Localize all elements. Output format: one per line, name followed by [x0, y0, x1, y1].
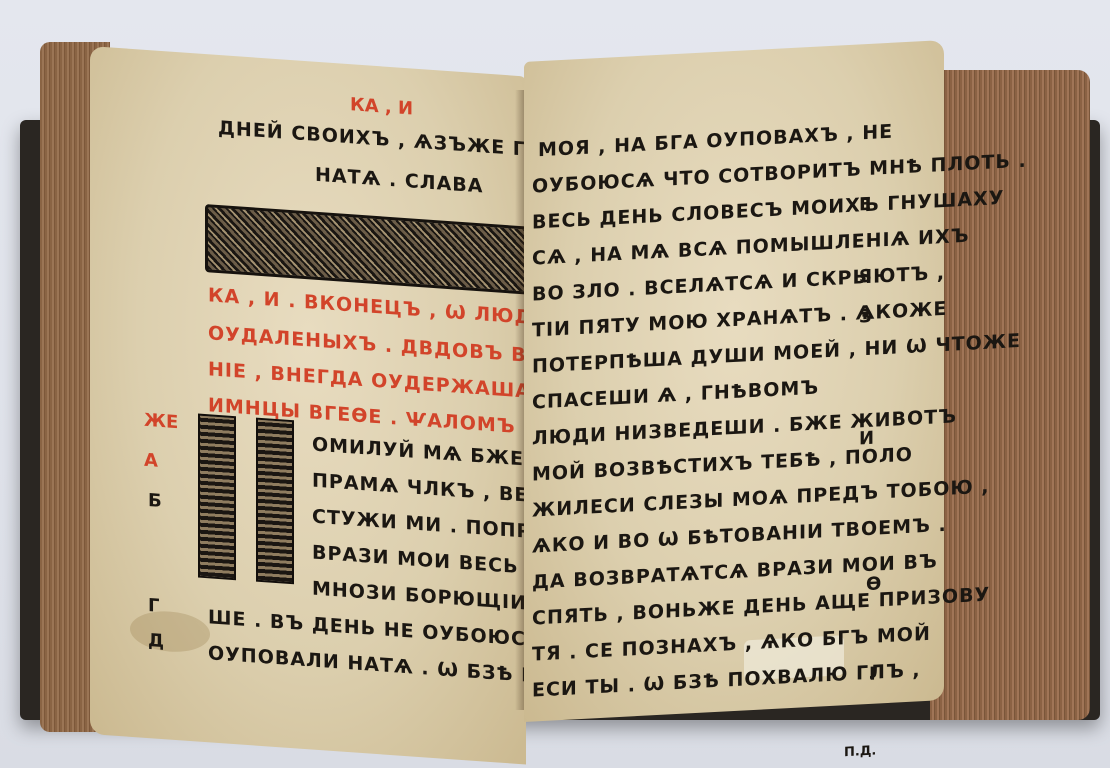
ornamental-headpiece [205, 204, 531, 295]
margin-note: Б [148, 490, 162, 512]
text-line: ЕСИ ТЫ . Ѡ БЗѢ ПОХВАЛЮ ГЛЪ , [532, 659, 921, 701]
margin-note: ЖЕ [144, 410, 178, 433]
text-line: ЛЮДИ НИЗВЕДЕШИ . БЖЕ ЖИВОТЪ [532, 405, 957, 449]
margin-note: Ѳ [866, 573, 881, 595]
paper-stain [130, 609, 210, 655]
page-header: КА , И [350, 94, 413, 119]
margin-note: Г [148, 595, 159, 617]
margin-note: З [859, 306, 872, 328]
margin-note: Д [148, 630, 164, 652]
text-line: СПАСЕШИ Ѧ , ГНѢВОМЪ [532, 377, 819, 414]
text-line: НАТѦ . СЛАВА [315, 164, 483, 198]
text-line: ѦКО И ВО Ѡ БѢТОВАНІИ ТВОЕМЪ . [532, 514, 947, 558]
margin-note: Ѕ [859, 266, 872, 288]
text-line: СѦ , НА МѦ ВСѦ ПОМЫШЛЕНІѦ ИХЪ [532, 225, 969, 270]
text-line: МОЙ ВОЗВѢСТИХЪ ТЕБѢ , ПОЛО [532, 444, 913, 486]
page-number: П.Д. [844, 744, 876, 761]
text-line: ТІИ ПЯТУ МОЮ ХРАНѦТЪ . ѦКОЖЕ [532, 298, 947, 342]
margin-note: И [859, 428, 874, 450]
margin-note: Е [859, 194, 871, 216]
text-line: ТЯ . СЕ ПОЗНАХЪ , ѦКО БГЪ МОЙ [532, 623, 931, 666]
margin-note: А [144, 450, 158, 472]
right-page: МОЯ , НА БГА ОУПОВАХЪ , НЕ ОУБОЮСѦ ЧТО С… [524, 40, 944, 722]
margin-note: І [869, 664, 876, 685]
decorated-initial [198, 414, 303, 581]
text-line: ВО ЗЛО . ВСЕЛѦТСѦ И СКРЫЮТЪ , [532, 262, 945, 306]
photo-open-psalter: КА , И ДНЕЙ СВОИХЪ , ѦЗЪЖЕ ГДИ ОУПОВА НА… [0, 0, 1110, 768]
text-line: МОЯ , НА БГА ОУПОВАХЪ , НЕ [538, 121, 893, 162]
left-page: КА , И ДНЕЙ СВОИХЪ , ѦЗЪЖЕ ГДИ ОУПОВА НА… [90, 46, 526, 764]
